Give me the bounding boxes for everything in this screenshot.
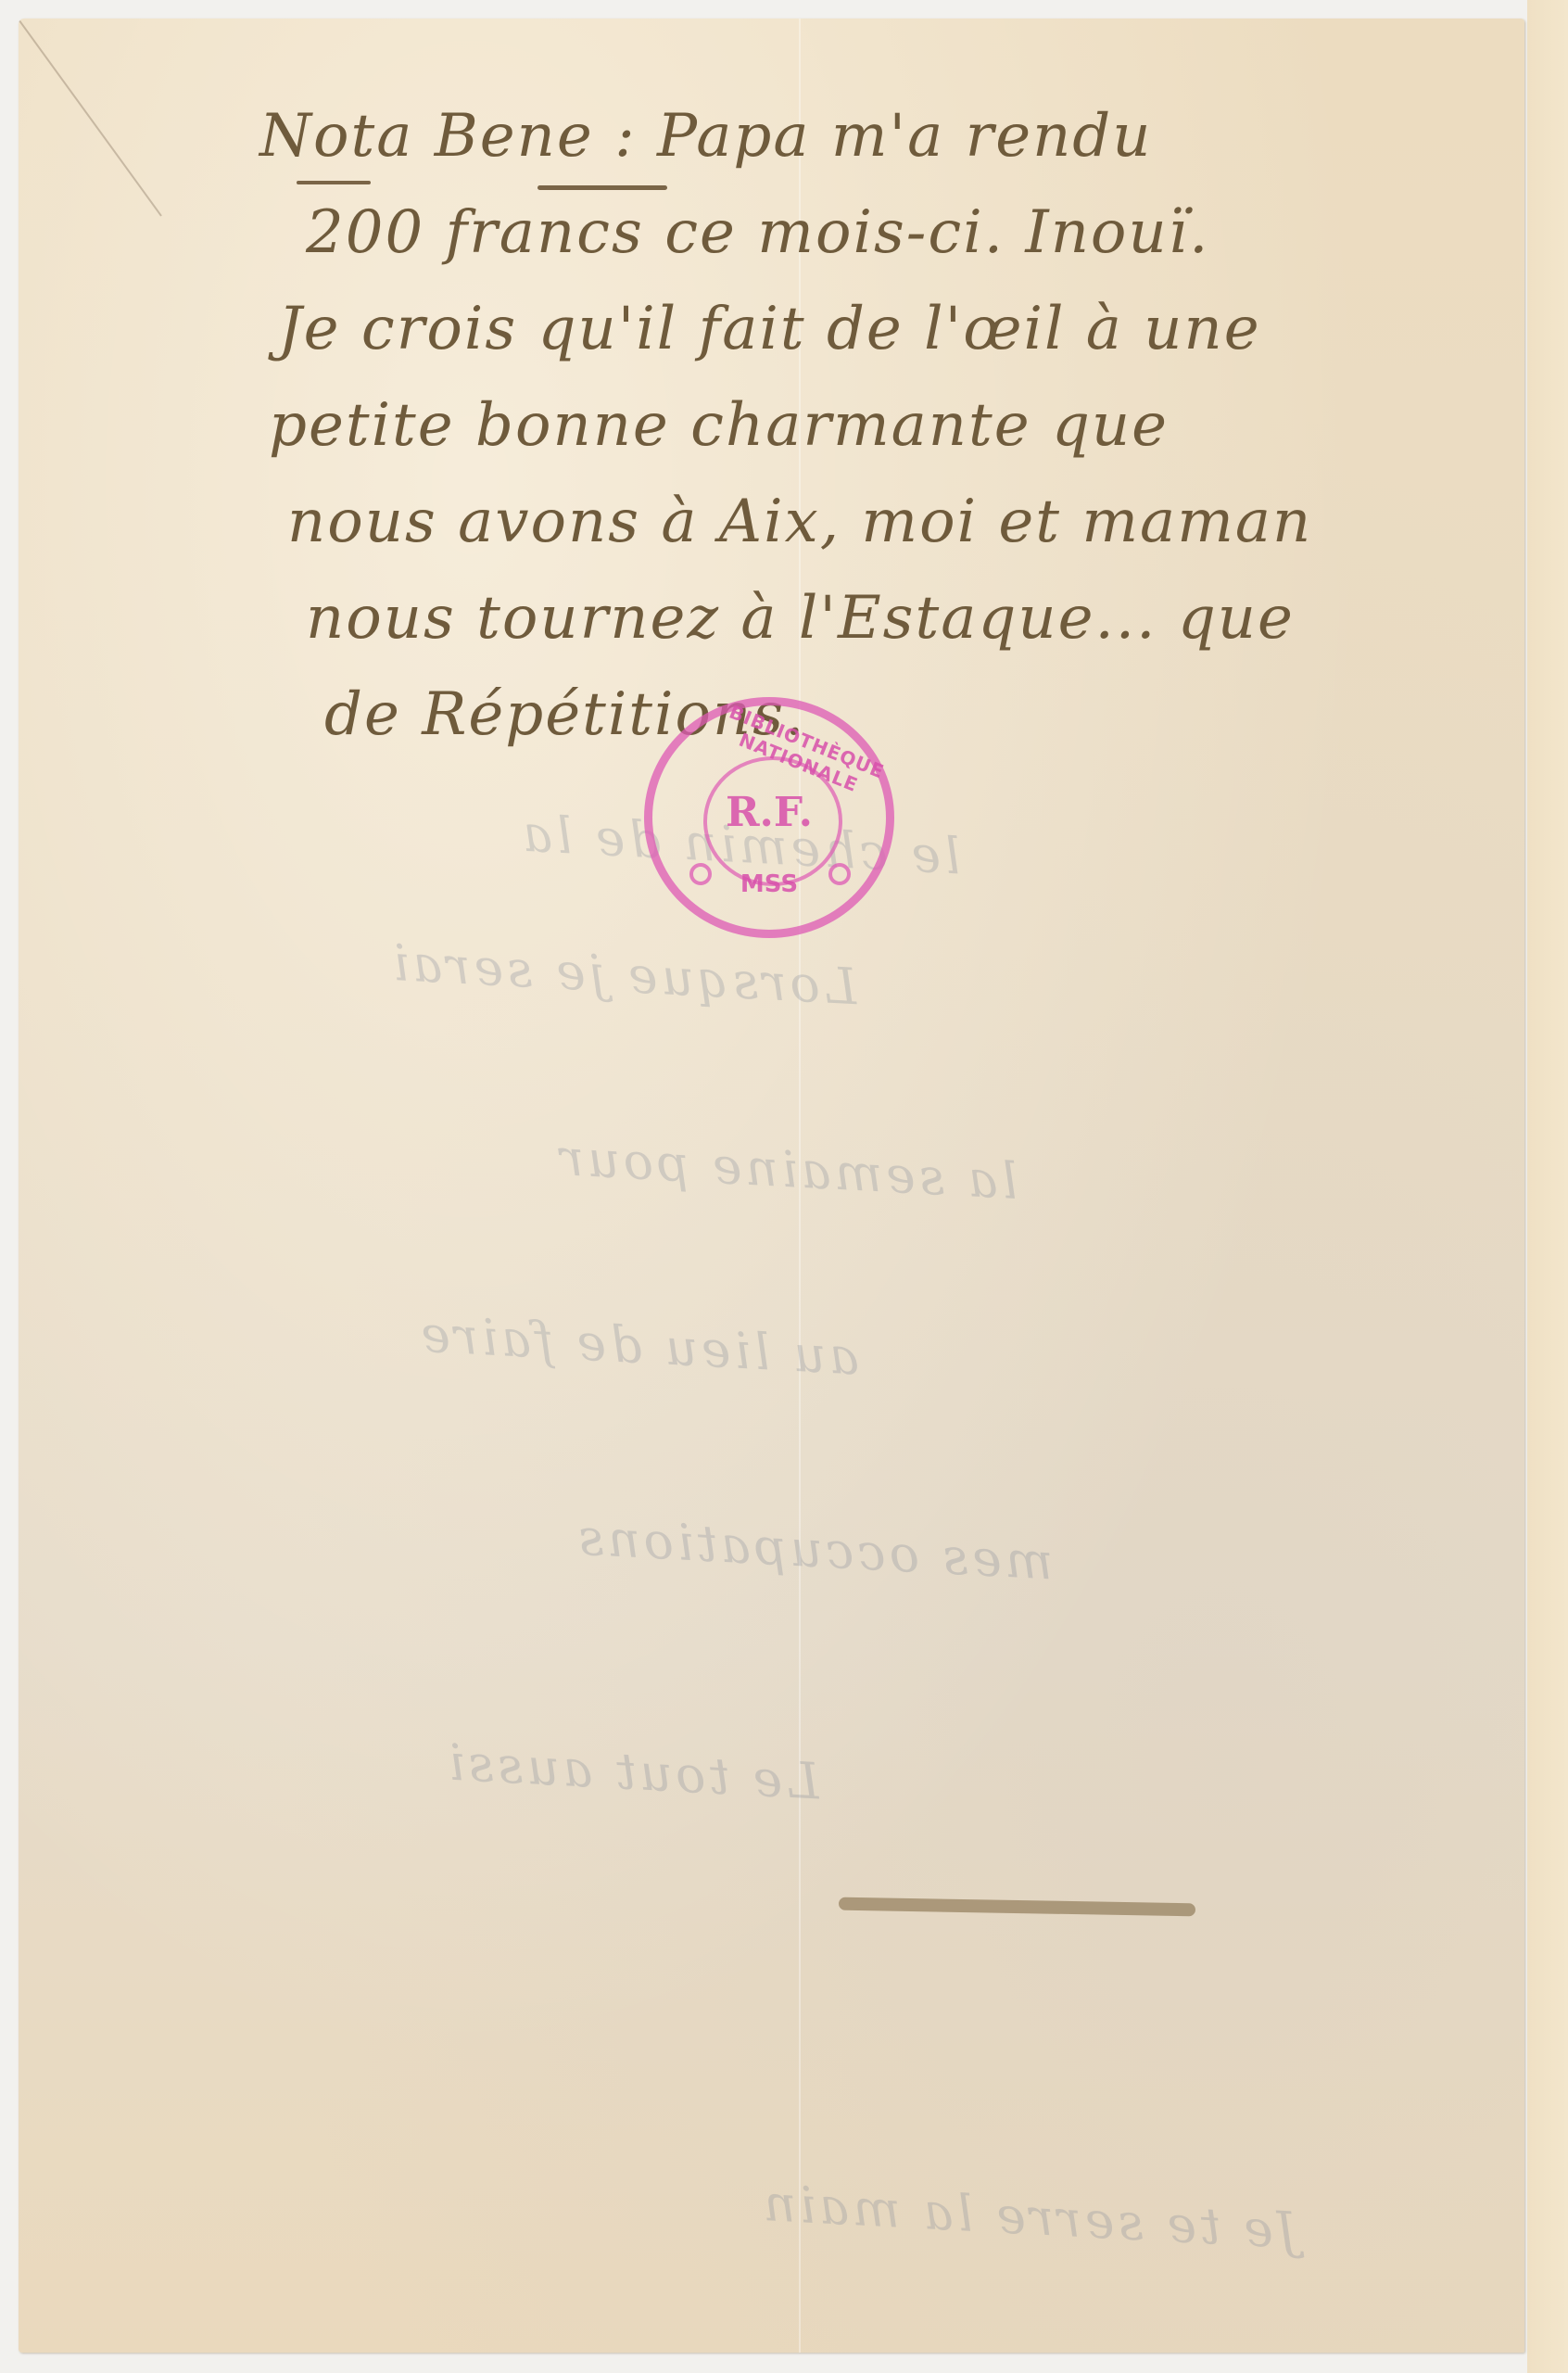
stamp-bottom-text: MSS (652, 870, 886, 898)
background-strip (1527, 0, 1568, 2373)
note-line: Nota Bene : Papa m'a rendu (259, 88, 1529, 184)
note-line: de Répétitions. (324, 666, 1529, 763)
stamp-dot-icon (689, 863, 712, 885)
stamp-center-text: R.F. (652, 789, 886, 836)
handwritten-note: Nota Bene : Papa m'a rendu 200 francs ce… (250, 88, 1529, 763)
library-stamp: BIBLIOTHÈQUE NATIONALE R.F. MSS (644, 697, 894, 938)
note-line: Je crois qu'il fait de l'œil à une (278, 281, 1529, 377)
note-line: 200 francs ce mois-ci. Inouï. (306, 184, 1529, 281)
note-line: nous tournez à l'Estaque... que (306, 570, 1529, 666)
nota-bene-underline (537, 185, 667, 190)
note-line: nous avons à Aix, moi et maman (287, 474, 1529, 570)
nota-bene-flourish (297, 181, 371, 184)
note-line: petite bonne charmante que (269, 377, 1529, 474)
stamp-dot-icon (828, 863, 851, 885)
